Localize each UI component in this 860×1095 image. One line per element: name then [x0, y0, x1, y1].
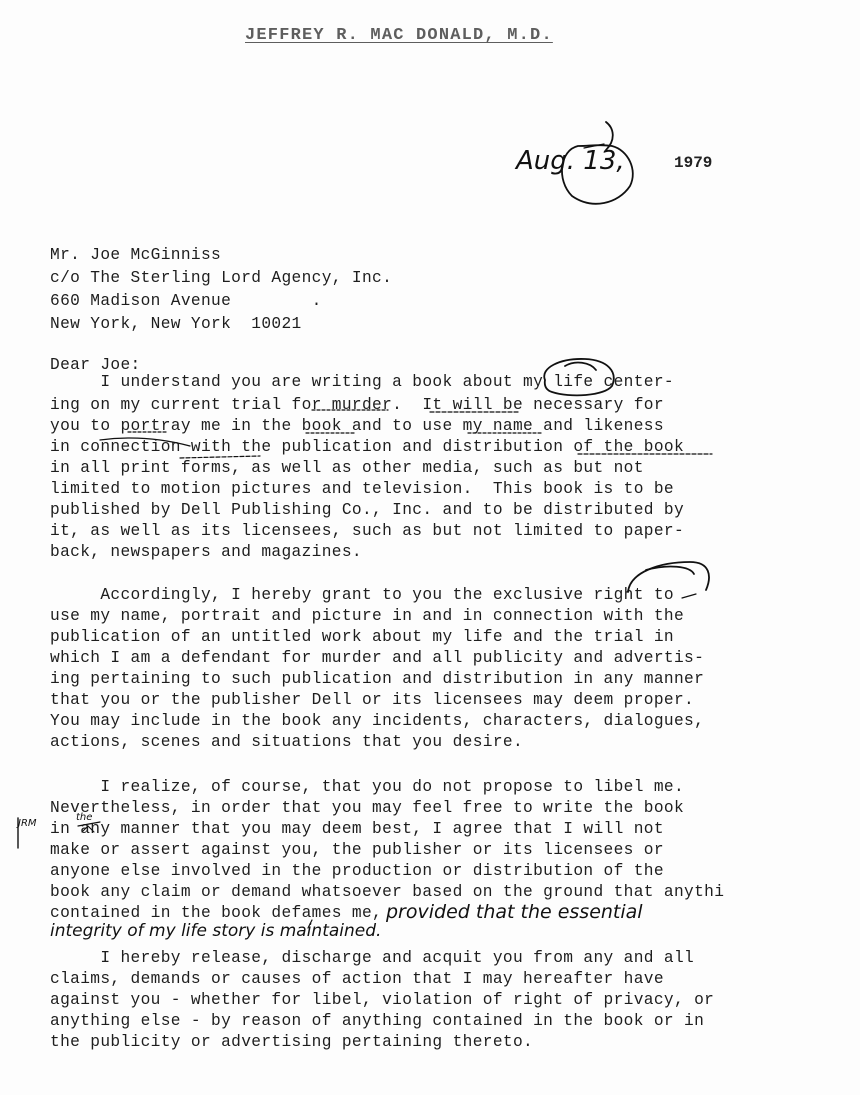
address-line: 660 Madison Avenue .	[50, 291, 322, 312]
text-line: I hereby release, discharge and acquit y…	[50, 948, 694, 969]
date-block: Aug. 13, 1979	[512, 140, 732, 200]
date-year: 1979	[674, 154, 712, 172]
text-line: claims, demands or causes of action that…	[50, 969, 664, 990]
address-line: New York, New York 10021	[50, 314, 302, 335]
address-line: c/o The Sterling Lord Agency, Inc.	[50, 268, 392, 289]
text-line: Accordingly, I hereby grant to you the e…	[50, 585, 674, 606]
text-line: Nevertheless, in order that you may feel…	[50, 798, 684, 819]
text-line: actions, scenes and situations that you …	[50, 732, 523, 753]
text-line: anyone else involved in the production o…	[50, 861, 664, 882]
handwritten-insertion-the: the	[76, 812, 92, 823]
margin-initials: JRM	[18, 818, 37, 829]
text-line: that you or the publisher Dell or its li…	[50, 690, 694, 711]
text-line: ing pertaining to such publication and d…	[50, 669, 704, 690]
text-line: I realize, of course, that you do not pr…	[50, 777, 684, 798]
handwritten-proviso-line-1: provided that the essential	[386, 901, 643, 923]
text-line: you to portray me in the book and to use…	[50, 416, 664, 437]
text-line: in connection with the publication and d…	[50, 437, 684, 458]
text-line: limited to motion pictures and televisio…	[50, 479, 674, 500]
address-line: Mr. Joe McGinniss	[50, 245, 221, 266]
text-line: back, newspapers and magazines.	[50, 542, 362, 563]
text-line: I understand you are writing a book abou…	[50, 372, 674, 393]
handwritten-date: Aug. 13,	[516, 146, 625, 176]
text-line: against you - whether for libel, violati…	[50, 990, 714, 1011]
handwritten-proviso-line-2: integrity of my life story is maintained…	[50, 921, 381, 941]
letterhead: JEFFREY R. MAC DONALD, M.D.	[245, 26, 553, 45]
text-line: in all print forms, as well as other med…	[50, 458, 644, 479]
text-line: which I am a defendant for murder and al…	[50, 648, 704, 669]
text-line: use my name, portrait and picture in and…	[50, 606, 684, 627]
letter-page: JEFFREY R. MAC DONALD, M.D. Aug. 13, 197…	[0, 0, 860, 1095]
text-line: published by Dell Publishing Co., Inc. a…	[50, 500, 684, 521]
text-line: publication of an untitled work about my…	[50, 627, 674, 648]
text-line: book any claim or demand whatsoever base…	[50, 882, 724, 903]
text-line: You may include in the book any incident…	[50, 711, 704, 732]
text-line: anything else - by reason of anything co…	[50, 1011, 704, 1032]
text-line: make or assert against you, the publishe…	[50, 840, 664, 861]
text-line: in any manner that you may deem best, I …	[50, 819, 664, 840]
text-line: ing on my current trial for murder. It w…	[50, 395, 664, 416]
text-line: the publicity or advertising pertaining …	[50, 1032, 533, 1053]
text-line: it, as well as its licensees, such as bu…	[50, 521, 684, 542]
